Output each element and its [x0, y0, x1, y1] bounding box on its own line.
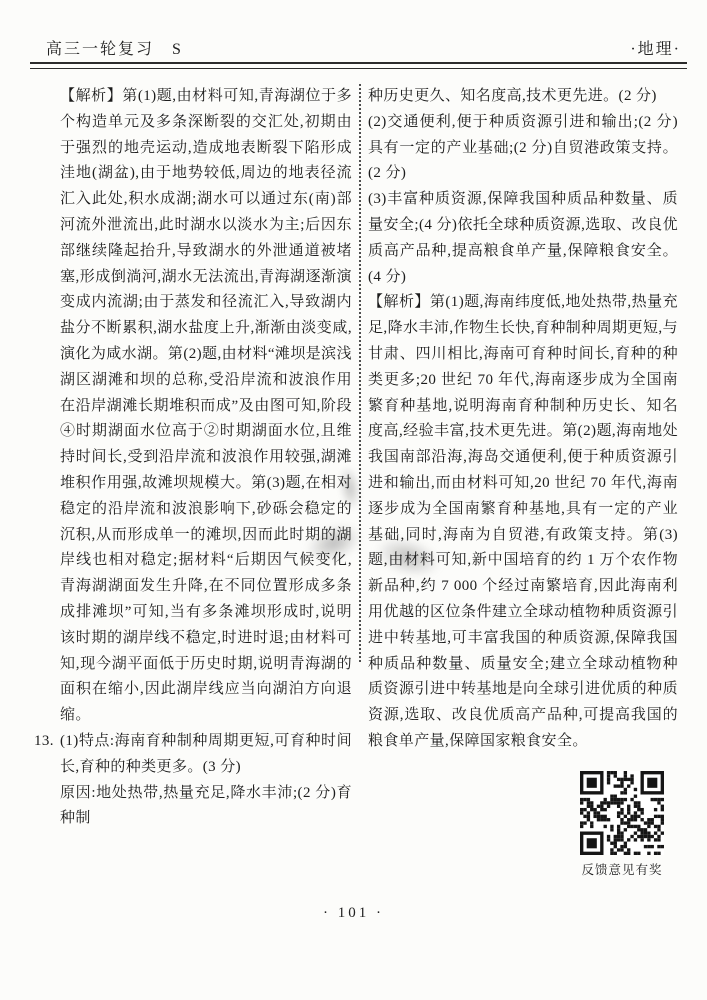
- right-column: 种历史更久、知名度高,技术更先进。(2 分) (2)交通便利,便于种质资源引进和…: [368, 84, 678, 884]
- page-footer: · 101 ·: [0, 905, 707, 922]
- item-13-features: (1)特点:海南育种制种周期更短,可育种时间长,育种的种类更多。(3 分): [60, 729, 352, 781]
- answer-item-13: 13. (1)特点:海南育种制种周期更短,可育种时间长,育种的种类更多。(3 分…: [60, 729, 352, 781]
- qr-caption: 反馈意见有奖: [574, 858, 670, 884]
- feedback-qr-block: 反馈意见有奖: [574, 771, 670, 884]
- header-course-title: 高三一轮复习: [46, 36, 154, 59]
- item-13-answer-2: (2)交通便利,便于种质资源引进和输出;(2 分)具有一定的产业基础;(2 分)…: [368, 110, 678, 187]
- qr-finder-top-left: [580, 771, 604, 795]
- analysis-paragraph-q13: 【解析】第(1)题,海南纬度低,地处热带,热量充足,降水丰沛,作物生长快,育种制…: [368, 290, 678, 754]
- qr-code-icon: [574, 771, 670, 855]
- textbook-answer-page: 高三一轮复习 S ·地理· 【解析】第(1)题,由材料可知,青海湖位于多个构造单…: [0, 0, 707, 1000]
- header-double-rule: [30, 62, 687, 69]
- two-column-body: 【解析】第(1)题,由材料可知,青海湖位于多个构造单元及多条深断裂的交汇处,初期…: [34, 84, 682, 884]
- page-number: · 101 ·: [323, 905, 384, 921]
- item-13-reason-continuation: 种历史更久、知名度高,技术更先进。(2 分): [368, 84, 678, 110]
- qr-finder-bottom-left: [580, 831, 604, 855]
- page-header: 高三一轮复习 S ·地理·: [46, 36, 681, 59]
- item-13-number: 13.: [34, 729, 54, 755]
- header-subject-title: ·地理·: [630, 36, 681, 59]
- item-13-reason: 原因:地处热带,热量充足,降水丰沛;(2 分)育种制: [60, 781, 352, 833]
- left-column: 【解析】第(1)题,由材料可知,青海湖位于多个构造单元及多条深断裂的交汇处,初期…: [34, 84, 352, 884]
- item-13-answer-3: (3)丰富种质资源,保障我国种质品种数量、质量安全;(4 分)依托全球种质资源,…: [368, 187, 678, 290]
- header-series-code: S: [172, 41, 183, 59]
- qr-finder-top-right: [641, 771, 665, 795]
- column-divider: [359, 84, 361, 662]
- analysis-paragraph-q12: 【解析】第(1)题,由材料可知,青海湖位于多个构造单元及多条深断裂的交汇处,初期…: [60, 84, 352, 729]
